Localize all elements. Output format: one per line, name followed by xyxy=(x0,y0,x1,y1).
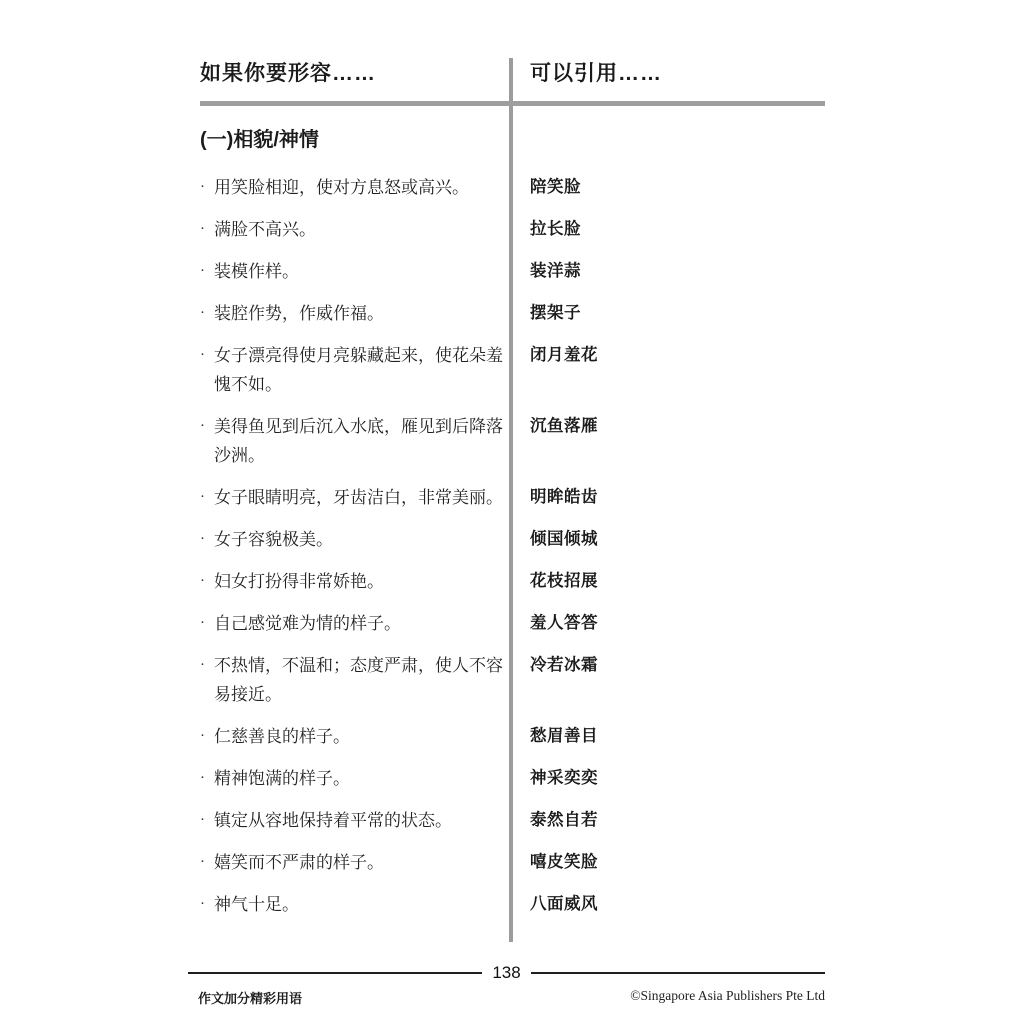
table-row: · 嬉笑而不严肃的样子。 嘻皮笑脸 xyxy=(200,848,828,877)
table-row: · 镇定从容地保持着平常的状态。 泰然自若 xyxy=(200,806,828,835)
description-cell: · 装模作样。 xyxy=(200,257,505,286)
book-page: 如果你要形容…… 可以引用…… (一)相貌/神情 · 用笑脸相迎，使对方息怒或高… xyxy=(0,0,1024,1024)
idiom-text: 愁眉善目 xyxy=(530,722,598,751)
header-rule xyxy=(200,101,825,106)
idiom-text: 冷若冰霜 xyxy=(530,651,598,680)
description-text: 仁慈善良的样子。 xyxy=(214,722,505,751)
table-row: · 满脸不高兴。 拉长脸 xyxy=(200,215,828,244)
idiom-text: 倾国倾城 xyxy=(530,525,598,554)
idiom-text: 嘻皮笑脸 xyxy=(530,848,598,877)
page-number: 138 xyxy=(482,963,530,983)
description-cell: · 用笑脸相迎，使对方息怒或高兴。 xyxy=(200,173,505,202)
table-rows: · 用笑脸相迎，使对方息怒或高兴。 陪笑脸 · 满脸不高兴。 拉长脸 · 装模作… xyxy=(200,173,828,919)
table-row: · 女子容貌极美。 倾国倾城 xyxy=(200,525,828,554)
bullet-icon: · xyxy=(200,890,214,919)
description-cell: · 自己感觉难为情的样子。 xyxy=(200,609,505,638)
description-cell: · 不热情，不温和；态度严肃，使人不容易接近。 xyxy=(200,651,505,709)
bullet-icon: · xyxy=(200,806,214,835)
description-cell: · 嬉笑而不严肃的样子。 xyxy=(200,848,505,877)
bullet-icon: · xyxy=(200,609,214,638)
table-row: · 神气十足。 八面威风 xyxy=(200,890,828,919)
bullet-icon: · xyxy=(200,215,214,244)
idiom-text: 拉长脸 xyxy=(530,215,581,244)
table-row: · 装模作样。 装洋蒜 xyxy=(200,257,828,286)
description-text: 妇女打扮得非常娇艳。 xyxy=(214,567,505,596)
description-text: 女子眼睛明亮，牙齿洁白，非常美丽。 xyxy=(214,483,505,512)
description-text: 满脸不高兴。 xyxy=(214,215,505,244)
footer-line-right xyxy=(531,972,825,974)
idiom-text: 陪笑脸 xyxy=(530,173,581,202)
bullet-icon: · xyxy=(200,722,214,751)
header-describe-column: 如果你要形容…… xyxy=(200,58,530,90)
description-cell: · 神气十足。 xyxy=(200,890,505,919)
idiom-text: 神采奕奕 xyxy=(530,764,598,793)
description-cell: · 女子眼睛明亮，牙齿洁白，非常美丽。 xyxy=(200,483,505,512)
description-text: 装模作样。 xyxy=(214,257,505,286)
description-text: 不热情，不温和；态度严肃，使人不容易接近。 xyxy=(214,651,505,709)
description-text: 精神饱满的样子。 xyxy=(214,764,505,793)
table-row: · 妇女打扮得非常娇艳。 花枝招展 xyxy=(200,567,828,596)
description-cell: · 满脸不高兴。 xyxy=(200,215,505,244)
table-row: · 美得鱼见到后沉入水底，雁见到后降落沙洲。 沉鱼落雁 xyxy=(200,412,828,470)
description-text: 自己感觉难为情的样子。 xyxy=(214,609,505,638)
idiom-text: 泰然自若 xyxy=(530,806,598,835)
table-row: · 不热情，不温和；态度严肃，使人不容易接近。 冷若冰霜 xyxy=(200,651,828,709)
bullet-icon: · xyxy=(200,567,214,596)
table-row: · 女子漂亮得使月亮躲藏起来，使花朵羞愧不如。 闭月羞花 xyxy=(200,341,828,399)
page-footer: 138 作文加分精彩用语 ©Singapore Asia Publishers … xyxy=(188,963,825,1007)
description-cell: · 妇女打扮得非常娇艳。 xyxy=(200,567,505,596)
footer-labels: 作文加分精彩用语 ©Singapore Asia Publishers Pte … xyxy=(188,988,825,1007)
idiom-text: 摆架子 xyxy=(530,299,581,328)
description-text: 神气十足。 xyxy=(214,890,505,919)
idiom-text: 明眸皓齿 xyxy=(530,483,598,512)
description-text: 女子容貌极美。 xyxy=(214,525,505,554)
section-title: (一)相貌/神情 xyxy=(200,127,828,153)
footer-book-title: 作文加分精彩用语 xyxy=(188,988,302,1007)
table-header: 如果你要形容…… 可以引用…… xyxy=(200,58,828,90)
description-text: 美得鱼见到后沉入水底，雁见到后降落沙洲。 xyxy=(214,412,505,470)
description-text: 嬉笑而不严肃的样子。 xyxy=(214,848,505,877)
bullet-icon: · xyxy=(200,848,214,877)
header-quote-column: 可以引用…… xyxy=(530,58,828,90)
bullet-icon: · xyxy=(200,257,214,286)
bullet-icon: · xyxy=(200,764,214,793)
footer-copyright: ©Singapore Asia Publishers Pte Ltd xyxy=(630,988,825,1007)
table-row: · 女子眼睛明亮，牙齿洁白，非常美丽。 明眸皓齿 xyxy=(200,483,828,512)
description-text: 女子漂亮得使月亮躲藏起来，使花朵羞愧不如。 xyxy=(214,341,505,399)
table-row: · 自己感觉难为情的样子。 羞人答答 xyxy=(200,609,828,638)
bullet-icon: · xyxy=(200,483,214,512)
table-row: · 装腔作势，作威作福。 摆架子 xyxy=(200,299,828,328)
footer-rule: 138 xyxy=(188,963,825,983)
bullet-icon: · xyxy=(200,412,214,470)
footer-line-left xyxy=(188,972,482,974)
description-text: 用笑脸相迎，使对方息怒或高兴。 xyxy=(214,173,505,202)
idiom-text: 羞人答答 xyxy=(530,609,598,638)
idiom-text: 花枝招展 xyxy=(530,567,598,596)
description-cell: · 美得鱼见到后沉入水底，雁见到后降落沙洲。 xyxy=(200,412,505,470)
description-cell: · 镇定从容地保持着平常的状态。 xyxy=(200,806,505,835)
description-cell: · 仁慈善良的样子。 xyxy=(200,722,505,751)
table-row: · 用笑脸相迎，使对方息怒或高兴。 陪笑脸 xyxy=(200,173,828,202)
bullet-icon: · xyxy=(200,299,214,328)
table-content: 如果你要形容…… 可以引用…… (一)相貌/神情 · 用笑脸相迎，使对方息怒或高… xyxy=(200,58,828,919)
bullet-icon: · xyxy=(200,525,214,554)
description-text: 装腔作势，作威作福。 xyxy=(214,299,505,328)
idiom-text: 装洋蒜 xyxy=(530,257,581,286)
description-text: 镇定从容地保持着平常的状态。 xyxy=(214,806,505,835)
description-cell: · 装腔作势，作威作福。 xyxy=(200,299,505,328)
idiom-text: 沉鱼落雁 xyxy=(530,412,598,441)
idiom-text: 八面威风 xyxy=(530,890,598,919)
bullet-icon: · xyxy=(200,173,214,202)
bullet-icon: · xyxy=(200,341,214,399)
description-cell: · 女子容貌极美。 xyxy=(200,525,505,554)
description-cell: · 精神饱满的样子。 xyxy=(200,764,505,793)
idiom-text: 闭月羞花 xyxy=(530,341,598,370)
bullet-icon: · xyxy=(200,651,214,709)
table-row: · 仁慈善良的样子。 愁眉善目 xyxy=(200,722,828,751)
table-row: · 精神饱满的样子。 神采奕奕 xyxy=(200,764,828,793)
description-cell: · 女子漂亮得使月亮躲藏起来，使花朵羞愧不如。 xyxy=(200,341,505,399)
